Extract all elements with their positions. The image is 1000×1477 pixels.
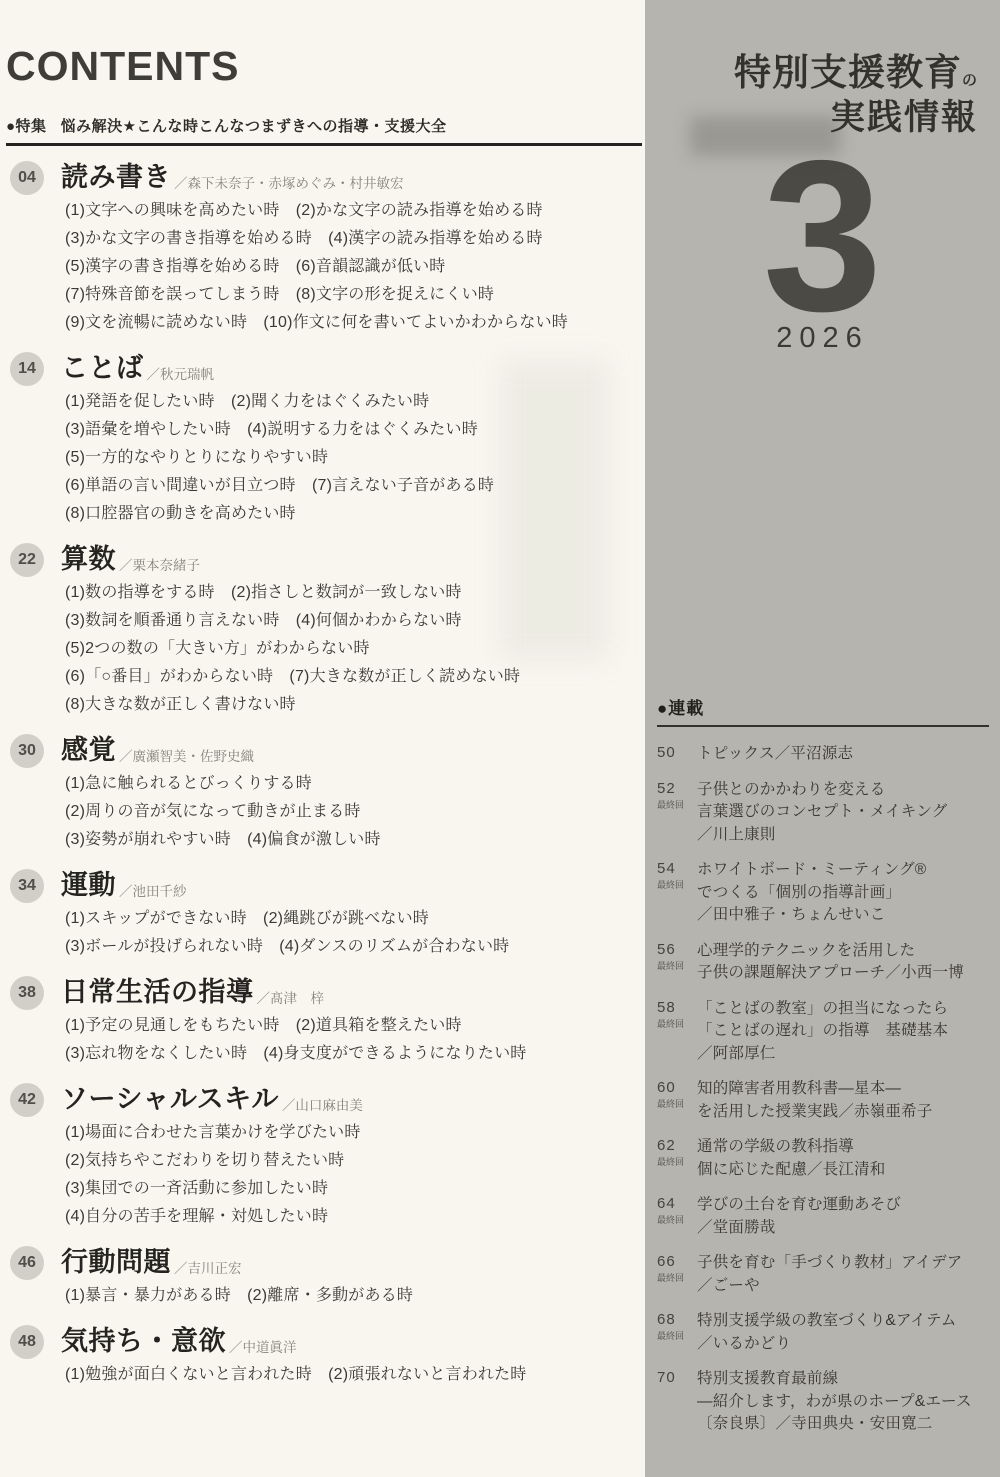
feature-section: 04 読み書き ／森下未奈子・赤塚めぐみ・村井敏宏 (1)文字への興味を高めたい…: [6, 160, 645, 337]
serial-item: 58 最終回 「ことばの教室」の担当になったら「ことばの遅れ」の指導 基礎基本／…: [657, 998, 989, 1066]
feature-heading-row: 14 ことば ／秋元瑞帆: [6, 351, 645, 386]
feature-header: ●特集悩み解決★こんな時こんなつまずきへの指導・支援大全: [6, 115, 645, 136]
feature-item-line: (5)一方的なやりとりになりやすい時: [65, 444, 645, 472]
feature-items: (1)予定の見通しをもちたい時 (2)道具箱を整えたい時(3)忘れ物をなくしたい…: [65, 1012, 645, 1068]
serial-title-line: 特別支援教育最前線: [697, 1368, 989, 1391]
serial-title-line: 言葉選びのコンセプト・メイキング: [697, 801, 989, 824]
serial-item: 54 最終回 ホワイトボード・ミーティング®でつくる「個別の指導計画」／田中雅子…: [657, 859, 989, 927]
feature-page-number: 48: [10, 1325, 44, 1359]
serial-title-line: ―紹介します，わが県のホープ&エース: [697, 1391, 989, 1414]
contents-column: CONTENTS ●特集悩み解決★こんな時こんなつまずきへの指導・支援大全 04…: [0, 0, 645, 1389]
feature-item-line: (1)急に触られるとびっくりする時: [65, 770, 645, 798]
serial-title-line: ／堂面勝哉: [697, 1217, 989, 1240]
serial-title-line: 学びの土台を育む運動あそび: [697, 1194, 989, 1217]
feature-page-number: 34: [10, 869, 44, 903]
serial-title-line: 通常の学級の教科指導: [697, 1136, 989, 1159]
serial-title-line: 個に応じた配慮／長江清和: [697, 1159, 989, 1182]
feature-heading-row: 22 算数 ／栗本奈緒子: [6, 542, 645, 577]
issue-year: 2026: [645, 322, 1000, 355]
feature-authors: ／廣瀬智美・佐野史織: [119, 736, 254, 765]
feature-items: (1)スキップができない時 (2)縄跳びが跳べない時(3)ボールが投げられない時…: [65, 905, 645, 961]
feature-heading-row: 42 ソーシャルスキル ／山口麻由美: [6, 1082, 645, 1117]
serials-section: ●連載 50 トピックス／平沼源志 52 最終回 子供とのかかわりを変える言葉選…: [657, 694, 989, 1449]
feature-title: 気持ち・意欲: [61, 1324, 226, 1359]
serial-page-column: 64 最終回: [657, 1194, 697, 1239]
serial-page-column: 50: [657, 743, 697, 766]
feature-title: ことば: [61, 351, 144, 386]
feature-item-line: (5)漢字の書き指導を始める時 (6)音韻認識が低い時: [65, 253, 645, 281]
feature-item-line: (1)スキップができない時 (2)縄跳びが跳べない時: [65, 905, 645, 933]
feature-section: 30 感覚 ／廣瀬智美・佐野史織 (1)急に触られるとびっくりする時(2)周りの…: [6, 733, 645, 854]
feature-item-line: (6)「○番目」がわからない時 (7)大きな数が正しく読めない時: [65, 663, 645, 691]
serial-title-line: 〔奈良県〕／寺田典央・安田寛二: [697, 1413, 989, 1436]
serial-title-lines: トピックス／平沼源志: [697, 743, 989, 766]
serial-title-line: でつくる「個別の指導計画」: [697, 882, 989, 905]
feature-section: 22 算数 ／栗本奈緒子 (1)数の指導をする時 (2)指さしと数詞が一致しない…: [6, 542, 645, 719]
serial-title-lines: 心理学的テクニックを活用した子供の課題解決アプローチ／小西一博: [697, 940, 989, 985]
serial-page-number: 56: [657, 941, 697, 958]
serial-title-line: 知的障害者用教科書―星本―: [697, 1078, 989, 1101]
serial-page-number: 66: [657, 1253, 697, 1270]
feature-item-line: (3)数詞を順番通り言えない時 (4)何個かわからない時: [65, 607, 645, 635]
feature-page-number: 42: [10, 1083, 44, 1117]
serial-title-line: ホワイトボード・ミーティング®: [697, 859, 989, 882]
feature-title: ソーシャルスキル: [61, 1082, 279, 1117]
feature-items: (1)勉強が面白くないと言われた時 (2)頑張れないと言われた時: [65, 1361, 645, 1389]
serial-page-number: 58: [657, 999, 697, 1016]
serial-title-lines: 特別支援学級の教室づくり&アイテム／いるかどり: [697, 1310, 989, 1355]
feature-authors: ／秋元瑞帆: [147, 354, 215, 383]
feature-item-line: (1)数の指導をする時 (2)指さしと数詞が一致しない時: [65, 579, 645, 607]
serial-title-lines: 通常の学級の教科指導個に応じた配慮／長江清和: [697, 1136, 989, 1181]
serial-title-lines: 子供とのかかわりを変える言葉選びのコンセプト・メイキング／川上康則: [697, 779, 989, 847]
serial-title-line: 「ことばの教室」の担当になったら: [697, 998, 989, 1021]
features-list: 04 読み書き ／森下未奈子・赤塚めぐみ・村井敏宏 (1)文字への興味を高めたい…: [6, 160, 645, 1389]
feature-authors: ／中道眞洋: [229, 1327, 297, 1356]
serial-title-line: ／いるかどり: [697, 1333, 989, 1356]
serial-page-column: 62 最終回: [657, 1136, 697, 1181]
serial-title-line: 心理学的テクニックを活用した: [697, 940, 989, 963]
feature-authors: ／山口麻由美: [282, 1085, 363, 1114]
feature-title: 感覚: [61, 733, 116, 768]
feature-item-line: (3)姿勢が崩れやすい時 (4)偏食が激しい時: [65, 826, 645, 854]
feature-item-line: (1)場面に合わせた言葉かけを学びたい時: [65, 1119, 645, 1147]
serial-title-lines: ホワイトボード・ミーティング®でつくる「個別の指導計画」／田中雅子・ちょんせいこ: [697, 859, 989, 927]
serial-page-column: 56 最終回: [657, 940, 697, 985]
feature-item-line: (5)2つの数の「大きい方」がわからない時: [65, 635, 645, 663]
feature-page-number: 22: [10, 543, 44, 577]
serial-page-column: 52 最終回: [657, 779, 697, 847]
masthead-particle: の: [962, 72, 978, 89]
feature-page-number: 38: [10, 976, 44, 1010]
masthead-line1: 特別支援教育の: [734, 52, 978, 95]
serial-title-line: ／田中雅子・ちょんせいこ: [697, 904, 989, 927]
feature-items: (1)文字への興味を高めたい時 (2)かな文字の読み指導を始める時(3)かな文字…: [65, 197, 645, 337]
serial-title-line: 子供を育む「手づくり教材」アイデア: [697, 1252, 989, 1275]
serial-item: 70 特別支援教育最前線―紹介します，わが県のホープ&エース〔奈良県〕／寺田典央…: [657, 1368, 989, 1436]
serial-final-episode-label: 最終回: [657, 1329, 697, 1342]
serial-title-line: を活用した授業実践／赤嶺亜希子: [697, 1101, 989, 1124]
serial-item: 56 最終回 心理学的テクニックを活用した子供の課題解決アプローチ／小西一博: [657, 940, 989, 985]
feature-page-number: 14: [10, 352, 44, 386]
serial-final-episode-label: 最終回: [657, 798, 697, 811]
feature-items: (1)数の指導をする時 (2)指さしと数詞が一致しない時(3)数詞を順番通り言え…: [65, 579, 645, 719]
serial-final-episode-label: 最終回: [657, 959, 697, 972]
serial-page-number: 62: [657, 1137, 697, 1154]
feature-authors: ／髙津 梓: [257, 978, 325, 1007]
feature-authors: ／栗本奈緒子: [119, 545, 200, 574]
feature-section: 34 運動 ／池田千紗 (1)スキップができない時 (2)縄跳びが跳べない時(3…: [6, 868, 645, 961]
feature-heading-row: 38 日常生活の指導 ／髙津 梓: [6, 975, 645, 1010]
feature-item-line: (3)集団での一斉活動に参加したい時: [65, 1175, 645, 1203]
serials-header: ●連載: [657, 694, 989, 727]
serial-title-line: ／阿部厚仁: [697, 1043, 989, 1066]
serial-page-column: 58 最終回: [657, 998, 697, 1066]
feature-page-number: 30: [10, 734, 44, 768]
feature-bullet-label: ●特集: [6, 118, 47, 135]
serial-item: 68 最終回 特別支援学級の教室づくり&アイテム／いるかどり: [657, 1310, 989, 1355]
serial-title-line: トピックス／平沼源志: [697, 743, 989, 766]
feature-authors: ／池田千紗: [119, 871, 187, 900]
feature-heading-row: 48 気持ち・意欲 ／中道眞洋: [6, 1324, 645, 1359]
feature-section: 14 ことば ／秋元瑞帆 (1)発語を促したい時 (2)聞く力をはぐくみたい時(…: [6, 351, 645, 528]
feature-item-line: (1)予定の見通しをもちたい時 (2)道具箱を整えたい時: [65, 1012, 645, 1040]
feature-item-line: (3)忘れ物をなくしたい時 (4)身支度ができるようになりたい時: [65, 1040, 645, 1068]
issue-number: 3: [645, 128, 1000, 343]
feature-header-title: 悩み解決★こんな時こんなつまずきへの指導・支援大全: [61, 118, 447, 135]
feature-item-line: (6)単語の言い間違いが目立つ時 (7)言えない子音がある時: [65, 472, 645, 500]
serial-final-episode-label: 最終回: [657, 878, 697, 891]
serials-list: 50 トピックス／平沼源志 52 最終回 子供とのかかわりを変える言葉選びのコン…: [657, 743, 989, 1436]
feature-page-number: 04: [10, 161, 44, 195]
feature-item-line: (1)発語を促したい時 (2)聞く力をはぐくみたい時: [65, 388, 645, 416]
serial-page-number: 60: [657, 1079, 697, 1096]
serial-title-line: 子供の課題解決アプローチ／小西一博: [697, 962, 989, 985]
serial-final-episode-label: 最終回: [657, 1155, 697, 1168]
serial-title-line: ／ごーや: [697, 1275, 989, 1298]
serial-title-lines: 「ことばの教室」の担当になったら「ことばの遅れ」の指導 基礎基本／阿部厚仁: [697, 998, 989, 1066]
serial-page-column: 66 最終回: [657, 1252, 697, 1297]
feature-item-line: (2)周りの音が気になって動きが止まる時: [65, 798, 645, 826]
serial-final-episode-label: 最終回: [657, 1213, 697, 1226]
feature-page-number: 46: [10, 1246, 44, 1280]
serial-item: 64 最終回 学びの土台を育む運動あそび／堂面勝哉: [657, 1194, 989, 1239]
feature-title: 運動: [61, 868, 116, 903]
serial-page-number: 68: [657, 1311, 697, 1328]
feature-items: (1)暴言・暴力がある時 (2)離席・多動がある時: [65, 1282, 645, 1310]
feature-item-line: (4)自分の苦手を理解・対処したい時: [65, 1203, 645, 1231]
feature-item-line: (8)大きな数が正しく書けない時: [65, 691, 645, 719]
serial-item: 62 最終回 通常の学級の教科指導個に応じた配慮／長江清和: [657, 1136, 989, 1181]
feature-item-line: (3)かな文字の書き指導を始める時 (4)漢字の読み指導を始める時: [65, 225, 645, 253]
feature-heading-row: 46 行動問題 ／吉川正宏: [6, 1245, 645, 1280]
serial-title-lines: 子供を育む「手づくり教材」アイデア／ごーや: [697, 1252, 989, 1297]
feature-items: (1)急に触られるとびっくりする時(2)周りの音が気になって動きが止まる時(3)…: [65, 770, 645, 854]
feature-header-rule: [6, 143, 642, 146]
serial-page-column: 68 最終回: [657, 1310, 697, 1355]
feature-section: 42 ソーシャルスキル ／山口麻由美 (1)場面に合わせた言葉かけを学びたい時(…: [6, 1082, 645, 1231]
serial-title-lines: 特別支援教育最前線―紹介します，わが県のホープ&エース〔奈良県〕／寺田典央・安田…: [697, 1368, 989, 1436]
serial-title-lines: 知的障害者用教科書―星本―を活用した授業実践／赤嶺亜希子: [697, 1078, 989, 1123]
feature-section: 48 気持ち・意欲 ／中道眞洋 (1)勉強が面白くないと言われた時 (2)頑張れ…: [6, 1324, 645, 1389]
serial-title-line: ／川上康則: [697, 824, 989, 847]
feature-item-line: (9)文を流暢に読めない時 (10)作文に何を書いてよいかわからない時: [65, 309, 645, 337]
serial-title-lines: 学びの土台を育む運動あそび／堂面勝哉: [697, 1194, 989, 1239]
feature-authors: ／吉川正宏: [174, 1248, 242, 1277]
serial-item: 60 最終回 知的障害者用教科書―星本―を活用した授業実践／赤嶺亜希子: [657, 1078, 989, 1123]
feature-items: (1)発語を促したい時 (2)聞く力をはぐくみたい時(3)語彙を増やしたい時 (…: [65, 388, 645, 528]
feature-item-line: (7)特殊音節を誤ってしまう時 (8)文字の形を捉えにくい時: [65, 281, 645, 309]
feature-heading-row: 30 感覚 ／廣瀬智美・佐野史織: [6, 733, 645, 768]
serial-page-column: 54 最終回: [657, 859, 697, 927]
feature-heading-row: 34 運動 ／池田千紗: [6, 868, 645, 903]
serial-final-episode-label: 最終回: [657, 1097, 697, 1110]
feature-item-line: (8)口腔器官の動きを高めたい時: [65, 500, 645, 528]
feature-authors: ／森下未奈子・赤塚めぐみ・村井敏宏: [174, 163, 404, 192]
feature-item-line: (1)勉強が面白くないと言われた時 (2)頑張れないと言われた時: [65, 1361, 645, 1389]
feature-item-line: (2)気持ちやこだわりを切り替えたい時: [65, 1147, 645, 1175]
serial-page-number: 64: [657, 1195, 697, 1212]
feature-title: 読み書き: [61, 160, 171, 195]
feature-item-line: (3)語彙を増やしたい時 (4)説明する力をはぐくみたい時: [65, 416, 645, 444]
magazine-contents-page: CONTENTS ●特集悩み解決★こんな時こんなつまずきへの指導・支援大全 04…: [0, 0, 1000, 1477]
serial-page-number: 54: [657, 860, 697, 877]
contents-title: CONTENTS: [6, 46, 645, 87]
feature-section: 38 日常生活の指導 ／髙津 梓 (1)予定の見通しをもちたい時 (2)道具箱を…: [6, 975, 645, 1068]
feature-title: 算数: [61, 542, 116, 577]
feature-items: (1)場面に合わせた言葉かけを学びたい時(2)気持ちやこだわりを切り替えたい時(…: [65, 1119, 645, 1231]
feature-item-line: (1)文字への興味を高めたい時 (2)かな文字の読み指導を始める時: [65, 197, 645, 225]
feature-section: 46 行動問題 ／吉川正宏 (1)暴言・暴力がある時 (2)離席・多動がある時: [6, 1245, 645, 1310]
serial-page-column: 70: [657, 1368, 697, 1436]
serial-final-episode-label: 最終回: [657, 1271, 697, 1284]
feature-heading-row: 04 読み書き ／森下未奈子・赤塚めぐみ・村井敏宏: [6, 160, 645, 195]
serial-item: 52 最終回 子供とのかかわりを変える言葉選びのコンセプト・メイキング／川上康則: [657, 779, 989, 847]
serial-page-column: 60 最終回: [657, 1078, 697, 1123]
serial-page-number: 52: [657, 780, 697, 797]
serial-title-line: 「ことばの遅れ」の指導 基礎基本: [697, 1020, 989, 1043]
serial-item: 66 最終回 子供を育む「手づくり教材」アイデア／ごーや: [657, 1252, 989, 1297]
feature-item-line: (1)暴言・暴力がある時 (2)離席・多動がある時: [65, 1282, 645, 1310]
feature-title: 日常生活の指導: [61, 975, 254, 1010]
serial-title-line: 子供とのかかわりを変える: [697, 779, 989, 802]
serial-page-number: 50: [657, 744, 697, 761]
serial-page-number: 70: [657, 1369, 697, 1386]
serial-final-episode-label: 最終回: [657, 1017, 697, 1030]
feature-title: 行動問題: [61, 1245, 171, 1280]
feature-item-line: (3)ボールが投げられない時 (4)ダンスのリズムが合わない時: [65, 933, 645, 961]
serial-title-line: 特別支援学級の教室づくり&アイテム: [697, 1310, 989, 1333]
serial-item: 50 トピックス／平沼源志: [657, 743, 989, 766]
